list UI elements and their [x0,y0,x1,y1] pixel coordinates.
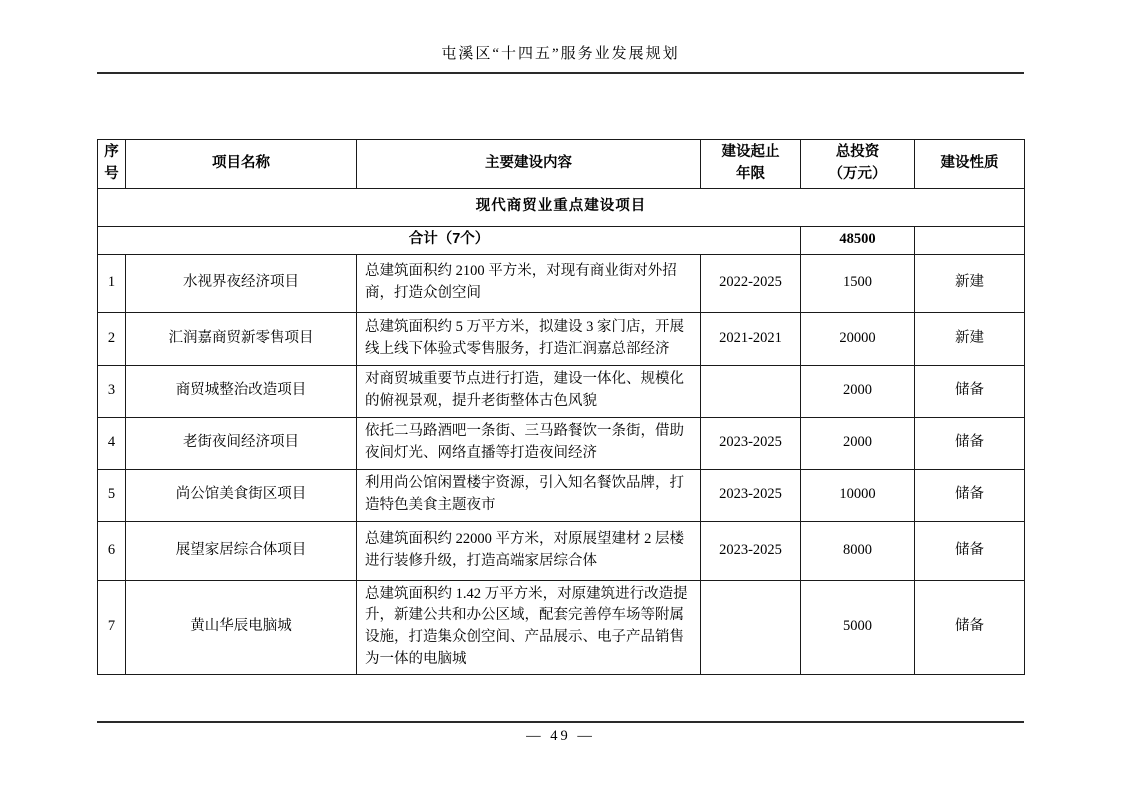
cell-investment: 10000 [801,469,915,521]
cell-investment: 2000 [801,417,915,469]
table-row: 2 汇润嘉商贸新零售项目 总建筑面积约 5 万平方米，拟建设 3 家门店，开展线… [98,312,1025,365]
cell-project-name: 尚公馆美食街区项目 [126,469,357,521]
cell-nature: 储备 [915,365,1025,417]
cell-no: 5 [98,469,126,521]
cell-investment: 20000 [801,312,915,365]
cell-content: 总建筑面积约 5 万平方米，拟建设 3 家门店，开展线上线下体验式零售服务，打造… [357,312,701,365]
cell-project-name: 老街夜间经济项目 [126,417,357,469]
projects-table: 序号 项目名称 主要建设内容 建设起止 年限 总投资 （万元） 建设性质 现代商… [97,139,1025,675]
col-header-years: 建设起止 年限 [701,140,801,189]
col-header-no: 序号 [98,140,126,189]
cell-investment: 8000 [801,521,915,580]
total-nature [915,226,1025,254]
cell-content: 利用尚公馆闲置楼宇资源，引入知名餐饮品牌，打造特色美食主题夜市 [357,469,701,521]
cell-years: 2023-2025 [701,521,801,580]
table-row: 5 尚公馆美食街区项目 利用尚公馆闲置楼宇资源，引入知名餐饮品牌，打造特色美食主… [98,469,1025,521]
cell-no: 7 [98,580,126,674]
cell-project-name: 展望家居综合体项目 [126,521,357,580]
document-page: 屯溪区“十四五”服务业发展规划 序号 项目名称 主要建设内容 建设起止 年限 [0,0,1122,793]
cell-content: 对商贸城重要节点进行打造，建设一体化、规模化的俯视景观，提升老街整体古色风貌 [357,365,701,417]
cell-no: 2 [98,312,126,365]
table-row: 3 商贸城整治改造项目 对商贸城重要节点进行打造，建设一体化、规模化的俯视景观，… [98,365,1025,417]
cell-nature: 储备 [915,469,1025,521]
cell-no: 4 [98,417,126,469]
table-header-row: 序号 项目名称 主要建设内容 建设起止 年限 总投资 （万元） 建设性质 [98,140,1025,189]
cell-no: 6 [98,521,126,580]
table-row: 7 黄山华辰电脑城 总建筑面积约 1.42 万平方米，对原建筑进行改造提升，新建… [98,580,1025,674]
cell-project-name: 商贸城整治改造项目 [126,365,357,417]
total-investment: 48500 [801,226,915,254]
page-header: 屯溪区“十四五”服务业发展规划 [97,42,1024,74]
table-row: 4 老街夜间经济项目 依托二马路酒吧一条街、三马路餐饮一条街，借助夜间灯光、网络… [98,417,1025,469]
cell-nature: 新建 [915,312,1025,365]
col-header-nature: 建设性质 [915,140,1025,189]
cell-no: 3 [98,365,126,417]
cell-nature: 新建 [915,254,1025,312]
cell-years: 2023-2025 [701,469,801,521]
total-row: 合计（7个） 48500 [98,226,1025,254]
cell-years [701,365,801,417]
table-row: 1 水视界夜经济项目 总建筑面积约 2100 平方米，对现有商业街对外招商，打造… [98,254,1025,312]
cell-nature: 储备 [915,521,1025,580]
cell-content: 总建筑面积约 2100 平方米，对现有商业街对外招商，打造众创空间 [357,254,701,312]
projects-table-container: 序号 项目名称 主要建设内容 建设起止 年限 总投资 （万元） 建设性质 现代商… [97,139,1024,675]
cell-years: 2021-2021 [701,312,801,365]
section-title: 现代商贸业重点建设项目 [98,188,1025,226]
cell-years: 2023-2025 [701,417,801,469]
cell-content: 依托二马路酒吧一条街、三马路餐饮一条街，借助夜间灯光、网络直播等打造夜间经济 [357,417,701,469]
table-row: 6 展望家居综合体项目 总建筑面积约 22000 平方米，对原展望建材 2 层楼… [98,521,1025,580]
cell-project-name: 汇润嘉商贸新零售项目 [126,312,357,365]
page-footer: — 49 — [97,721,1024,745]
cell-nature: 储备 [915,580,1025,674]
header-rule [97,72,1024,74]
total-label: 合计（7个） [98,226,801,254]
cell-project-name: 水视界夜经济项目 [126,254,357,312]
document-title: 屯溪区“十四五”服务业发展规划 [97,42,1024,72]
cell-years: 2022-2025 [701,254,801,312]
cell-content: 总建筑面积约 1.42 万平方米，对原建筑进行改造提升，新建公共和办公区域，配套… [357,580,701,674]
col-header-investment: 总投资 （万元） [801,140,915,189]
cell-investment: 2000 [801,365,915,417]
cell-nature: 储备 [915,417,1025,469]
col-header-project-name: 项目名称 [126,140,357,189]
footer-rule [97,721,1024,723]
section-title-row: 现代商贸业重点建设项目 [98,188,1025,226]
cell-content: 总建筑面积约 22000 平方米，对原展望建材 2 层楼进行装修升级，打造高端家… [357,521,701,580]
cell-no: 1 [98,254,126,312]
cell-project-name: 黄山华辰电脑城 [126,580,357,674]
cell-investment: 5000 [801,580,915,674]
cell-years [701,580,801,674]
page-number: — 49 — [97,728,1024,745]
cell-investment: 1500 [801,254,915,312]
col-header-content: 主要建设内容 [357,140,701,189]
